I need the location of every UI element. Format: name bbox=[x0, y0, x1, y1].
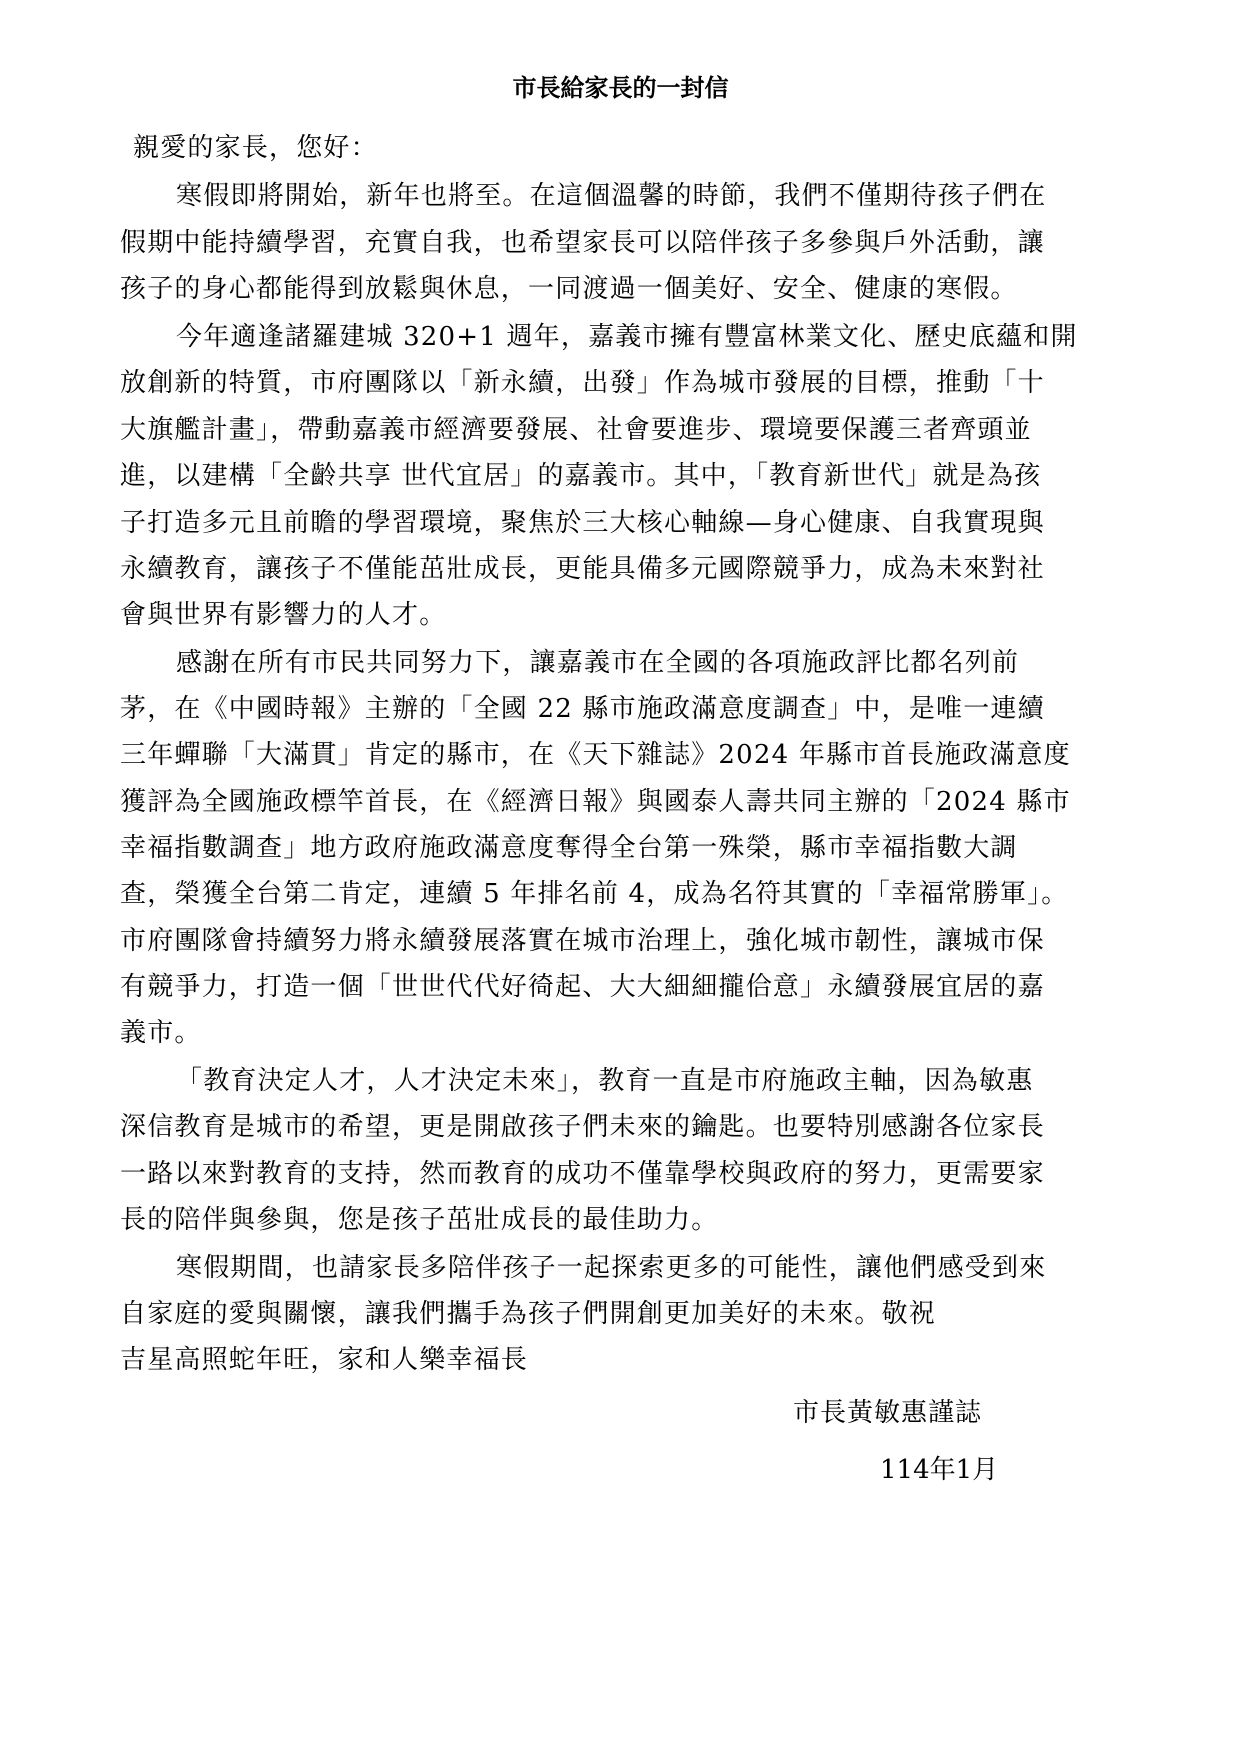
text-line: 吉星高照蛇年旺，家和人樂幸福長 bbox=[120, 1343, 1120, 1377]
text-line: 三年蟬聯「大滿貫」肯定的縣市，在《天下雜誌》2024 年縣市首長施政滿意度 bbox=[120, 738, 1120, 772]
signature: 市長黃敏惠謹誌 bbox=[793, 1396, 982, 1430]
text-line: 市府團隊會持續努力將永續發展落實在城市治理上，強化城市韌性，讓城市保 bbox=[120, 924, 1120, 958]
text-line: 獲評為全國施政標竿首長，在《經濟日報》與國泰人壽共同主辦的「2024 縣市 bbox=[120, 785, 1120, 819]
text-line: 進，以建構「全齡共享 世代宜居」的嘉義市。其中，「教育新世代」就是為孩 bbox=[120, 459, 1120, 493]
text-line: 會與世界有影響力的人才。 bbox=[120, 598, 1120, 632]
text-line: 「教育決定人才，人才決定未來」，教育一直是市府施政主軸，因為敏惠 bbox=[176, 1064, 1176, 1098]
text-line: 有競爭力，打造一個「世世代代好徛起、大大細細攏佮意」永續發展宜居的嘉 bbox=[120, 970, 1120, 1004]
text-line: 義市。 bbox=[120, 1016, 1120, 1050]
text-line: 茅，在《中國時報》主辦的「全國 22 縣市施政滿意度調查」中，是唯一連續 bbox=[120, 692, 1120, 726]
text-line: 自家庭的愛與關懷，讓我們攜手為孩子們開創更加美好的未來。敬祝 bbox=[120, 1297, 1120, 1331]
text-line: 幸福指數調查」地方政府施政滿意度奪得全台第一殊榮，縣市幸福指數大調 bbox=[120, 831, 1120, 865]
text-line: 長的陪伴與參與，您是孩子茁壯成長的最佳助力。 bbox=[120, 1203, 1120, 1237]
letter-title: 市長給家長的一封信 bbox=[0, 72, 1241, 104]
text-line: 感謝在所有市民共同努力下，讓嘉義市在全國的各項施政評比都名列前 bbox=[176, 646, 1176, 680]
text-line: 子打造多元且前瞻的學習環境，聚焦於三大核心軸線—身心健康、自我實現與 bbox=[120, 506, 1120, 540]
text-line: 深信教育是城市的希望，更是開啟孩子們未來的鑰匙。也要特別感謝各位家長 bbox=[120, 1110, 1120, 1144]
letter-date: 114年1月 bbox=[880, 1453, 998, 1487]
text-line: 大旗艦計畫」，帶動嘉義市經濟要發展、社會要進步、環境要保護三者齊頭並 bbox=[120, 413, 1120, 447]
greeting: 親愛的家長，您好： bbox=[133, 131, 1133, 165]
text-line: 放創新的特質，市府團隊以「新永續，出發」作為城市發展的目標，推動「十 bbox=[120, 366, 1120, 400]
text-line: 查，榮獲全台第二肯定，連續 5 年排名前 4，成為名符其實的「幸福常勝軍」。 bbox=[120, 877, 1120, 911]
text-line: 寒假即將開始，新年也將至。在這個溫馨的時節，我們不僅期待孩子們在 bbox=[176, 179, 1176, 213]
text-line: 永續教育，讓孩子不僅能茁壯成長，更能具備多元國際競爭力，成為未來對社 bbox=[120, 552, 1120, 586]
text-line: 孩子的身心都能得到放鬆與休息，一同渡過一個美好、安全、健康的寒假。 bbox=[120, 272, 1120, 306]
text-line: 一路以來對教育的支持，然而教育的成功不僅靠學校與政府的努力，更需要家 bbox=[120, 1157, 1120, 1191]
text-line: 假期中能持續學習，充實自我，也希望家長可以陪伴孩子多參與戶外活動，讓 bbox=[120, 226, 1120, 260]
text-line: 寒假期間，也請家長多陪伴孩子一起探索更多的可能性，讓他們感受到來 bbox=[176, 1251, 1176, 1285]
text-line: 今年適逢諸羅建城 320+1 週年，嘉義市擁有豐富林業文化、歷史底蘊和開 bbox=[176, 320, 1176, 354]
